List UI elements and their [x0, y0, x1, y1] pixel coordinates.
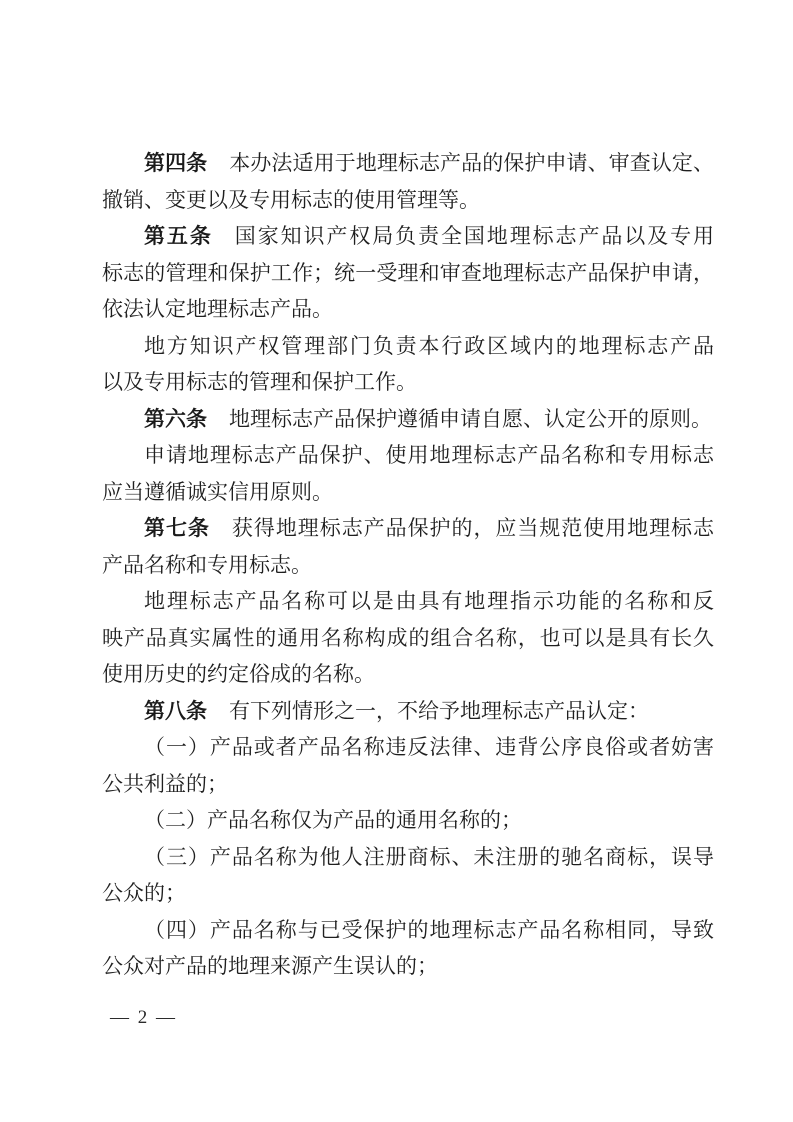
paragraph: （三）产品名称为他人注册商标、未注册的驰名商标，误导公众的；	[102, 839, 714, 912]
paragraph: 第八条有下列情形之一，不给予地理标志产品认定：	[102, 693, 714, 730]
text-line: 标志的管理和保护工作；统一受理和审查地理标志产品保护申请，	[102, 255, 714, 292]
paragraph: 地方知识产权管理部门负责本行政区域内的地理标志产品以及专用标志的管理和保护工作。	[102, 328, 714, 401]
text-line: 映产品真实属性的通用名称构成的组合名称，也可以是具有长久	[102, 620, 714, 657]
text-line: （三）产品名称为他人注册商标、未注册的驰名商标，误导	[102, 839, 714, 876]
text-line: 撤销、变更以及专用标志的使用管理等。	[102, 182, 714, 219]
text-line: 公众对产品的地理来源产生误认的；	[102, 948, 714, 985]
text-line: 依法认定地理标志产品。	[102, 291, 714, 328]
text-line: 申请地理标志产品保护、使用地理标志产品名称和专用标志	[102, 437, 714, 474]
paragraph: 第六条地理标志产品保护遵循申请自愿、认定公开的原则。	[102, 401, 714, 438]
article-number: 第七条	[144, 517, 210, 540]
article-number: 第八条	[144, 700, 207, 723]
paragraph: （一）产品或者产品名称违反法律、违背公序良俗或者妨害公共利益的；	[102, 729, 714, 802]
paragraph: 申请地理标志产品保护、使用地理标志产品名称和专用标志应当遵循诚实信用原则。	[102, 437, 714, 510]
paragraph: 地理标志产品名称可以是由具有地理指示功能的名称和反映产品真实属性的通用名称构成的…	[102, 583, 714, 693]
text-line: 使用历史的约定俗成的名称。	[102, 656, 714, 693]
article-number: 第四条	[144, 152, 207, 175]
text-line: 第六条地理标志产品保护遵循申请自愿、认定公开的原则。	[102, 401, 714, 438]
text-line: （一）产品或者产品名称违反法律、违背公序良俗或者妨害	[102, 729, 714, 766]
text-line: 产品名称和专用标志。	[102, 547, 714, 584]
text-line: 第四条本办法适用于地理标志产品的保护申请、审查认定、	[102, 145, 714, 182]
text-line: 第八条有下列情形之一，不给予地理标志产品认定：	[102, 693, 714, 730]
text-line: （二）产品名称仅为产品的通用名称的；	[102, 802, 714, 839]
text-line: （四）产品名称与已受保护的地理标志产品名称相同，导致	[102, 912, 714, 949]
article-number: 第五条	[144, 225, 213, 248]
paragraph: 第五条国家知识产权局负责全国地理标志产品以及专用标志的管理和保护工作；统一受理和…	[102, 218, 714, 328]
text-line: 地方知识产权管理部门负责本行政区域内的地理标志产品	[102, 328, 714, 365]
text-line: 应当遵循诚实信用原则。	[102, 474, 714, 511]
paragraph: 第四条本办法适用于地理标志产品的保护申请、审查认定、撤销、变更以及专用标志的使用…	[102, 145, 714, 218]
paragraph: 第七条获得地理标志产品保护的，应当规范使用地理标志产品名称和专用标志。	[102, 510, 714, 583]
article-number: 第六条	[144, 408, 207, 431]
paragraph: （四）产品名称与已受保护的地理标志产品名称相同，导致公众对产品的地理来源产生误认…	[102, 912, 714, 985]
text-line: 公共利益的；	[102, 766, 714, 803]
page-number: — 2 —	[110, 1004, 175, 1032]
text-line: 以及专用标志的管理和保护工作。	[102, 364, 714, 401]
document-content: 第四条本办法适用于地理标志产品的保护申请、审查认定、撤销、变更以及专用标志的使用…	[102, 145, 714, 985]
text-line: 公众的；	[102, 875, 714, 912]
paragraph: （二）产品名称仅为产品的通用名称的；	[102, 802, 714, 839]
text-line: 地理标志产品名称可以是由具有地理指示功能的名称和反	[102, 583, 714, 620]
document-page: 第四条本办法适用于地理标志产品的保护申请、审查认定、撤销、变更以及专用标志的使用…	[0, 0, 793, 1122]
text-line: 第七条获得地理标志产品保护的，应当规范使用地理标志	[102, 510, 714, 547]
text-line: 第五条国家知识产权局负责全国地理标志产品以及专用	[102, 218, 714, 255]
